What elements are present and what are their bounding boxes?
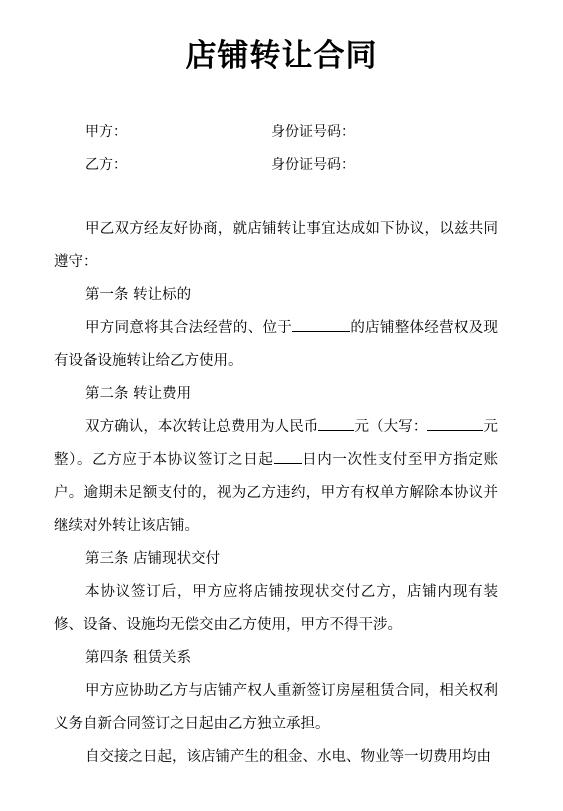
clause-1-text-before: 甲方同意将其合法经营的、位于 [85, 320, 292, 336]
party-a-label: 甲方： [85, 122, 127, 142]
clause-1-heading: 第一条 转让标的 [54, 279, 498, 312]
clause-4-heading: 第四条 租赁关系 [54, 642, 498, 675]
contract-body: 甲乙双方经友好协商，就店铺转让事宜达成如下协议，以兹共同遵守： 第一条 转让标的… [54, 213, 498, 774]
clause-2-text-1: 双方确认，本次转让总费用为人民币 [85, 419, 318, 435]
clause-3-paragraph: 本协议签订后，甲方应将店铺按现状交付乙方，店铺内现有装修、设备、设施均无偿交由乙… [54, 576, 498, 642]
document-title: 店铺转让合同 [0, 36, 563, 76]
amount-words-blank [427, 416, 483, 431]
clause-3-heading: 第三条 店铺现状交付 [54, 543, 498, 576]
clause-1-paragraph: 甲方同意将其合法经营的、位于的店铺整体经营权及现有设备设施转让给乙方使用。 [54, 312, 498, 378]
days-blank [274, 449, 302, 464]
party-b-label: 乙方： [85, 155, 127, 175]
location-blank [292, 317, 350, 332]
amount-blank [318, 416, 354, 431]
clause-2-text-2: 元（大写： [354, 419, 427, 435]
clause-2-heading: 第二条 转让费用 [54, 378, 498, 411]
party-a-id-label: 身份证号码： [271, 122, 355, 142]
clause-4-paragraph-2: 自交接之日起，该店铺产生的租金、水电、物业等一切费用均由 [54, 741, 498, 774]
preamble-paragraph: 甲乙双方经友好协商，就店铺转让事宜达成如下协议，以兹共同遵守： [54, 213, 498, 279]
clause-2-paragraph: 双方确认，本次转让总费用为人民币元（大写：元整）。乙方应于本协议签订之日起日内一… [54, 411, 498, 543]
clause-4-paragraph-1: 甲方应协助乙方与店铺产权人重新签订房屋租赁合同，相关权利义务自新合同签订之日起由… [54, 675, 498, 741]
party-b-id-label: 身份证号码： [271, 155, 355, 175]
